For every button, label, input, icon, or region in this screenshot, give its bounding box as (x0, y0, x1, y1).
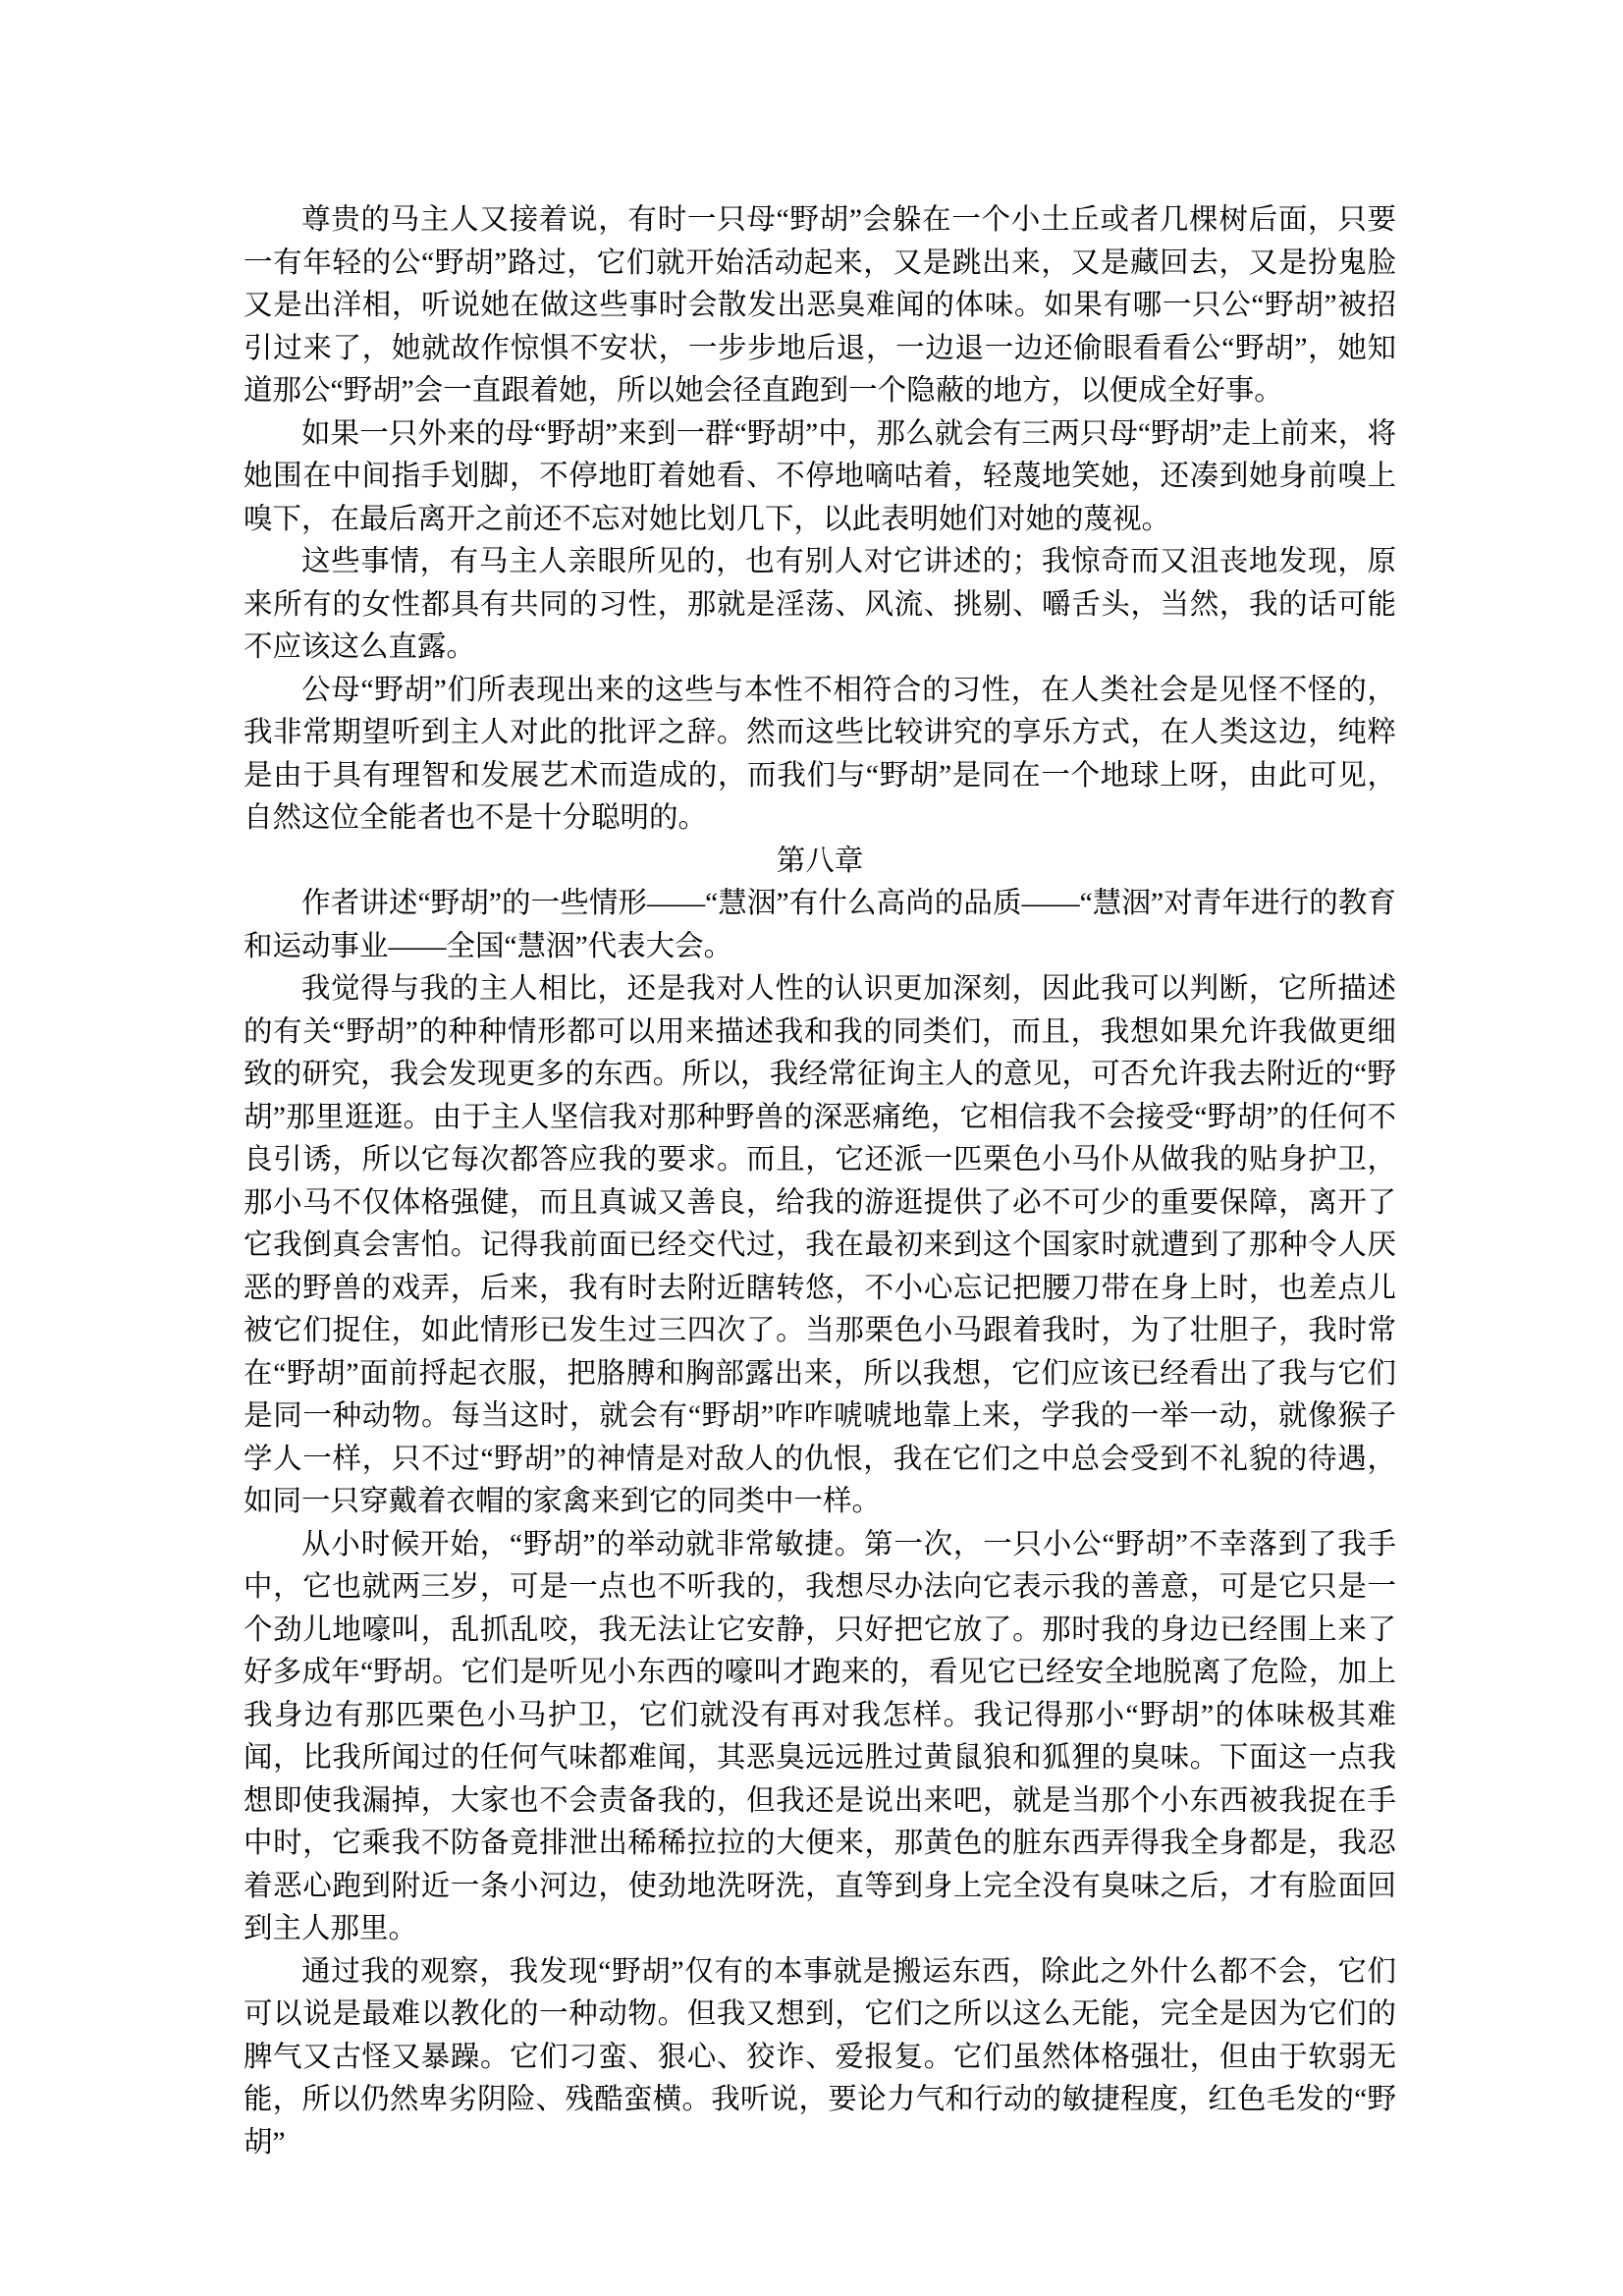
paragraph: 如果一只外来的母“野胡”来到一群“野胡”中，那么就会有三两只母“野胡”走上前来，… (243, 413, 1396, 542)
chapter-summary-paragraph: 作者讲述“野胡”的一些情形——“慧洇”有什么高尚的品质——“慧洇”对青年进行的教… (243, 883, 1396, 968)
document-page: 尊贵的马主人又接着说，有时一只母“野胡”会躲在一个小土丘或者几棵树后面，只要一有… (0, 0, 1623, 2296)
paragraph: 从小时候开始，“野胡”的举动就非常敏捷。第一次，一只小公“野胡”不幸落到了我手中… (243, 1524, 1396, 1951)
paragraph: 通过我的观察，我发现“野胡”仅有的本事就是搬运东西，除此之外什么都不会，它们可以… (243, 1951, 1396, 2165)
paragraph: 这些事情，有马主人亲眼所见的，也有别人对它讲述的；我惊奇而又沮丧地发现，原来所有… (243, 541, 1396, 670)
paragraph: 我觉得与我的主人相比，还是我对人性的认识更加深刻，因此我可以判断，它所描述的有关… (243, 968, 1396, 1524)
paragraph: 尊贵的马主人又接着说，有时一只母“野胡”会躲在一个小土丘或者几棵树后面，只要一有… (243, 199, 1396, 413)
paragraph: 公母“野胡”们所表现出来的这些与本性不相符合的习性，在人类社会是见怪不怪的，我非… (243, 670, 1396, 841)
chapter-heading: 第八章 (243, 841, 1396, 884)
